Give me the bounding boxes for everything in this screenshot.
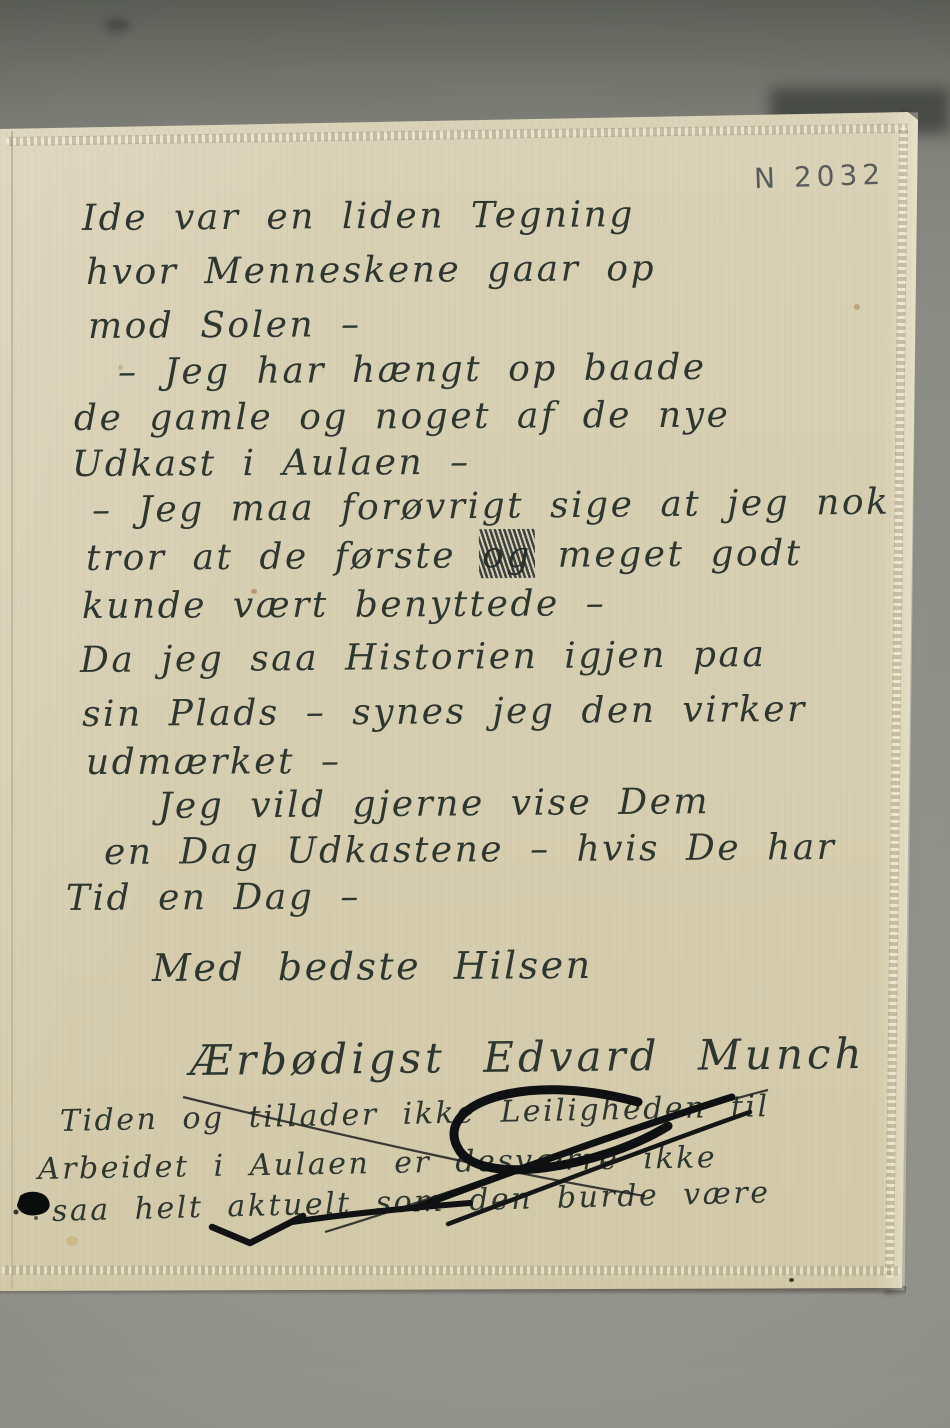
ink-speck bbox=[789, 1278, 794, 1282]
handwriting-line: Da jeg saa Historien igjen paa bbox=[80, 634, 767, 681]
paper-crease-left bbox=[11, 131, 13, 1289]
catalog-number: N 2032 bbox=[753, 158, 885, 196]
handwriting-signature: Ærbødigst Edvard Munch bbox=[190, 1029, 866, 1085]
handwriting-line: sin Plads – synes jeg den virker bbox=[82, 689, 807, 735]
handwriting-line: de gamle og noget af de nye bbox=[74, 395, 731, 439]
handwriting-line: mod Solen – bbox=[88, 304, 362, 347]
background-smudge bbox=[104, 18, 130, 32]
foxing-spot bbox=[66, 1236, 78, 1246]
handwriting-line: – Jeg maa forøvrigt sige at jeg nok bbox=[92, 482, 891, 531]
handwriting-line: kunde vært benyttede – bbox=[82, 583, 606, 627]
foxing-spot bbox=[854, 304, 860, 310]
handwriting-line: hvor Menneskene gaar op bbox=[86, 248, 656, 293]
handwriting-line: Jeg vild gjerne vise Dem bbox=[158, 781, 710, 827]
handwriting-line: en Dag Udkastene – hvis De har bbox=[104, 827, 837, 873]
handwriting-line: – Jeg har hængt op baade bbox=[118, 347, 707, 393]
handwriting-line: Tid en Dag – bbox=[66, 876, 361, 919]
handwriting-line: Udkast i Aulaen – bbox=[72, 442, 471, 485]
handwriting-line: tror at de første og meget godt bbox=[86, 533, 803, 579]
handwriting-line: udmærket – bbox=[86, 741, 342, 783]
handwriting-closing: Med bedste Hilsen bbox=[152, 943, 593, 990]
scribbled-out-word: og bbox=[482, 535, 532, 576]
scanned-letter-photo: N 2032 Ide var en liden Tegninghvor Menn… bbox=[0, 0, 950, 1428]
handwriting-line: Ide var en liden Tegning bbox=[82, 194, 635, 239]
embossed-border-bottom bbox=[2, 1266, 900, 1276]
